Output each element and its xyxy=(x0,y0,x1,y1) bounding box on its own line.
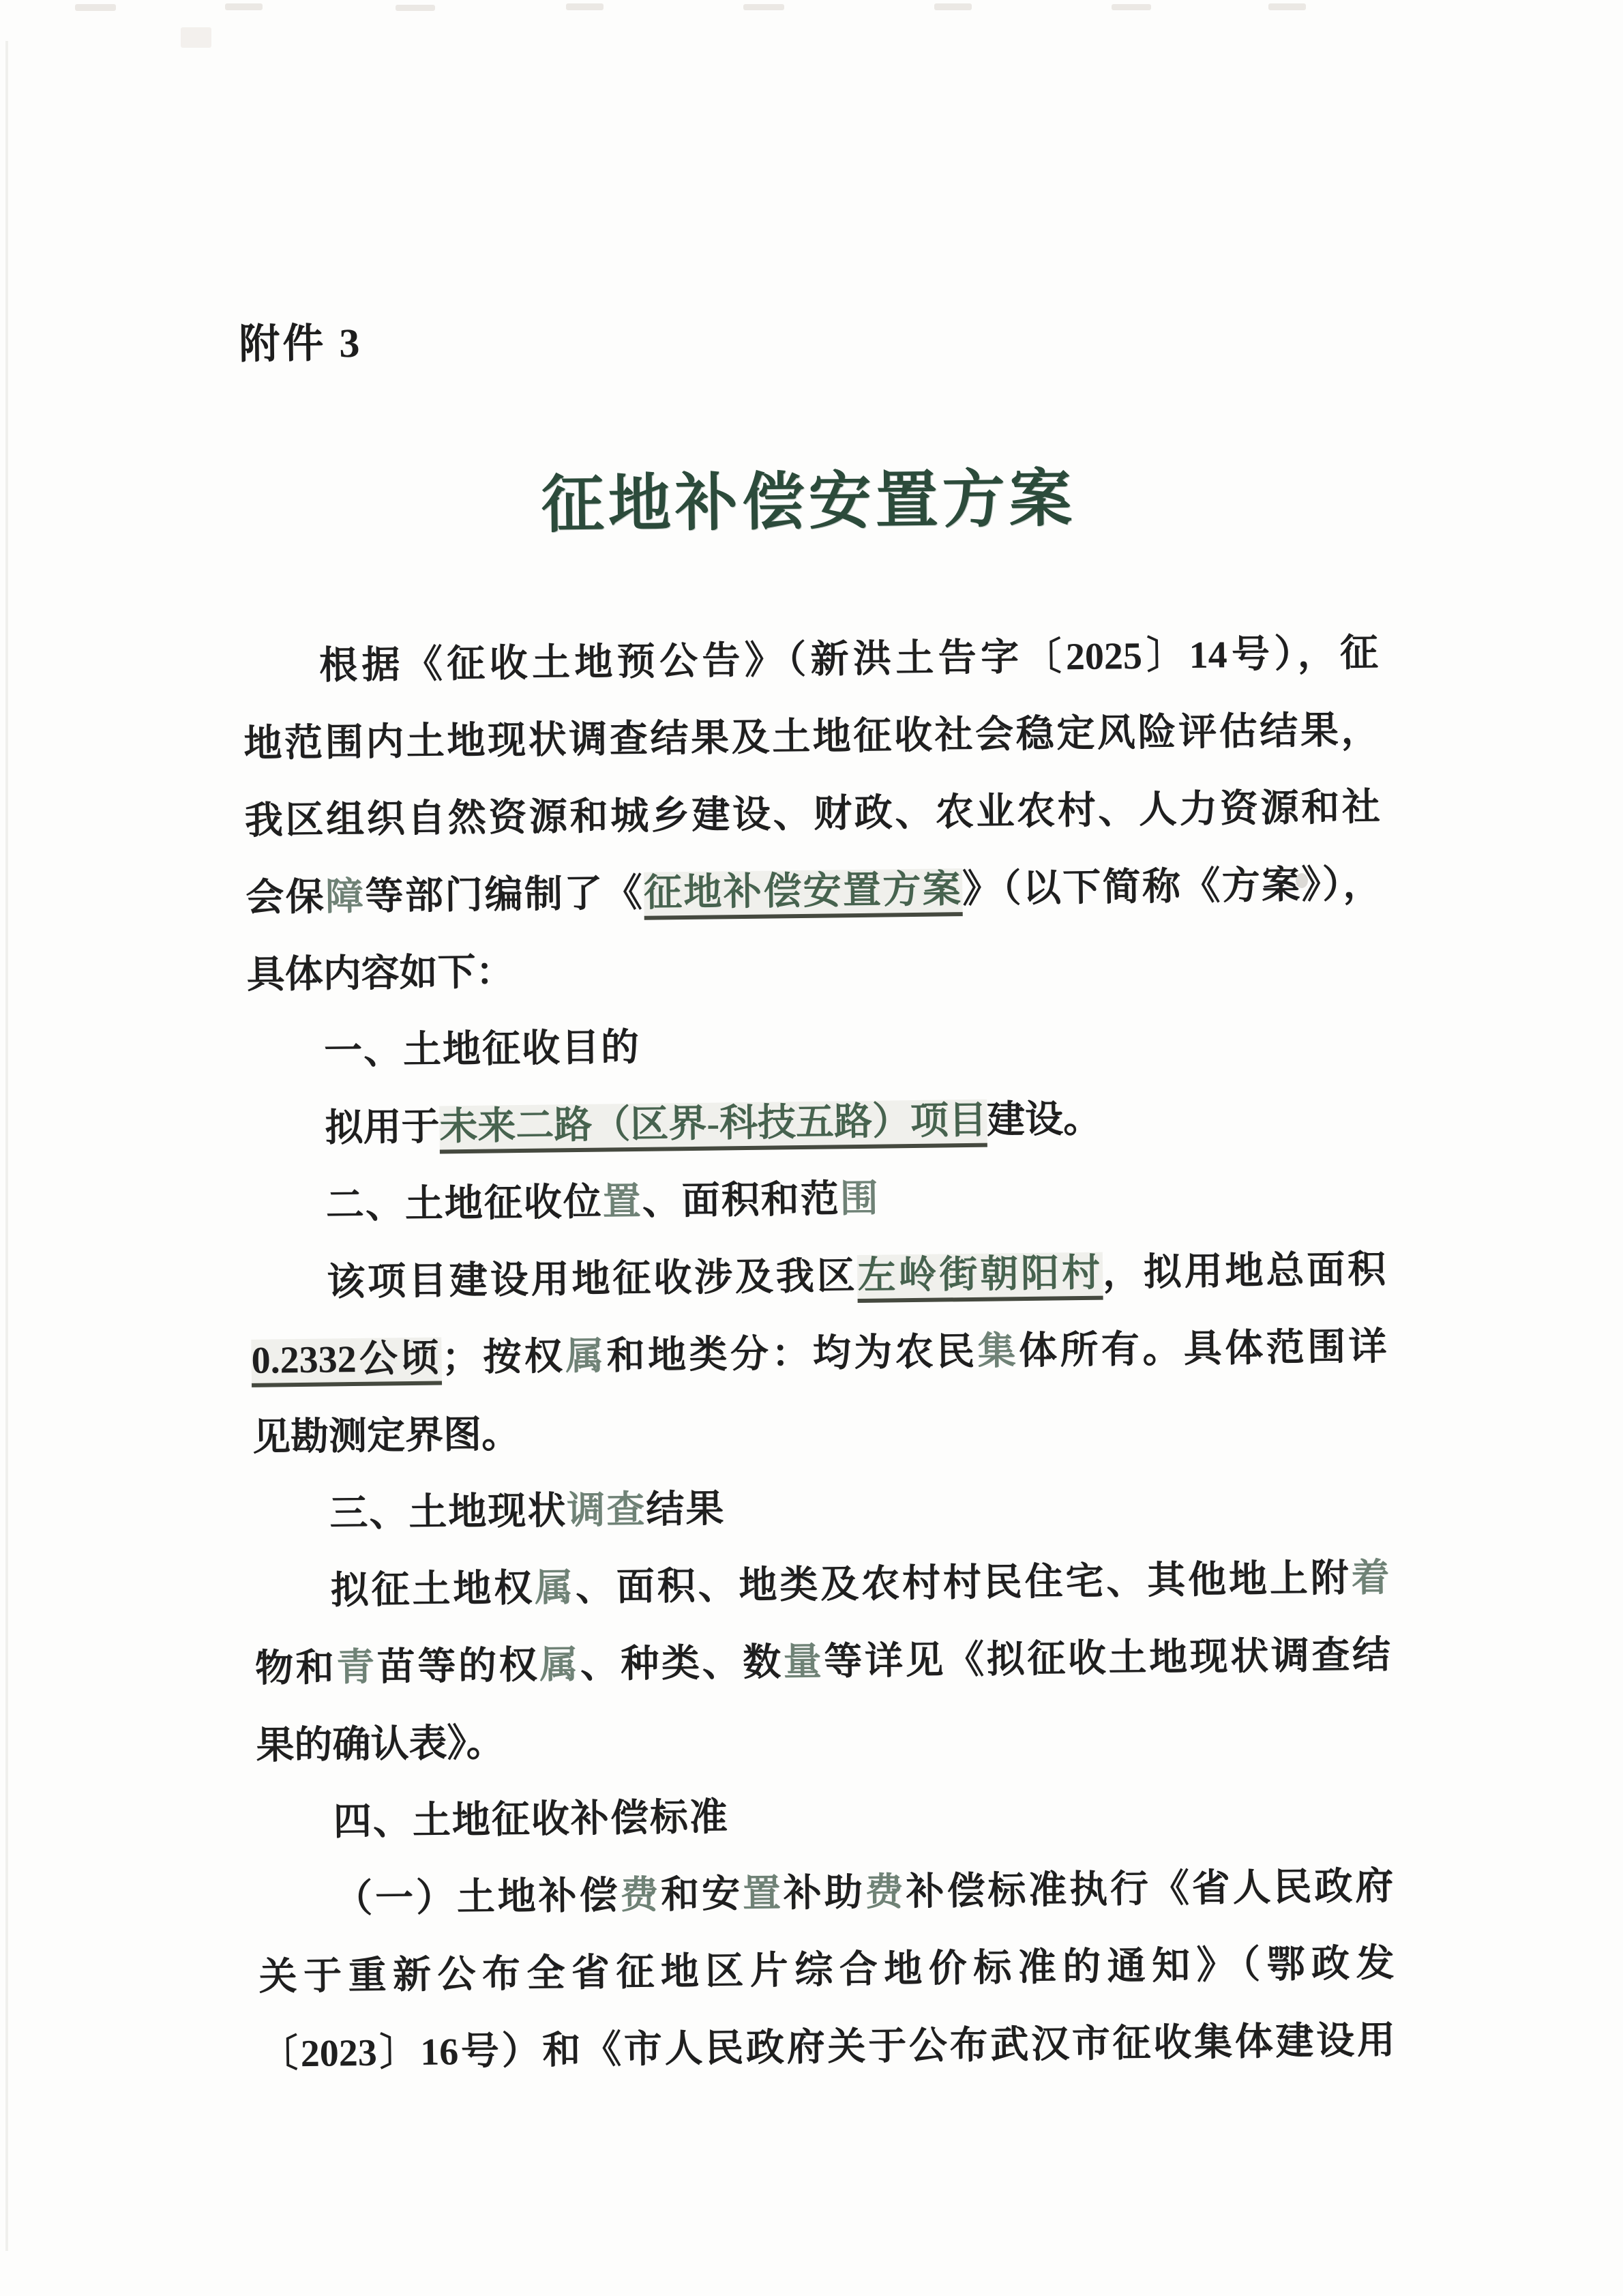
scan-artifact xyxy=(75,4,116,11)
text-segment: 和安 xyxy=(661,1873,743,1916)
document-content: 附件 3 征地补偿安置方案 根据《征收土地预公告》（新洪土告字〔2025〕14号… xyxy=(239,307,1396,2093)
text-segment: 调查 xyxy=(567,1489,646,1532)
text-segment: 二、土地征收位 xyxy=(325,1181,603,1227)
text-segment: 属 xyxy=(539,1644,580,1687)
text-segment: 关于重新公布全省征地区片综合地价标准的通知》（鄂政发 xyxy=(258,1942,1395,1998)
text-line: 关于重新公布全省征地区片综合地价标准的通知》（鄂政发 xyxy=(258,1925,1395,2016)
text-line: 0.2332公顷；按权属和地类分：均为农民集体所有。具体范围详 xyxy=(251,1309,1387,1400)
section-heading: 一、土地征收目的 xyxy=(247,1001,1383,1091)
text-segment: 置 xyxy=(602,1181,642,1224)
document-body: 根据《征收土地预公告》（新洪土告字〔2025〕14号），征地范围内土地现状调查结… xyxy=(243,615,1396,2093)
text-segment: 会保 xyxy=(245,877,326,919)
underlined-text: 0.2332公顷 xyxy=(251,1337,442,1387)
text-line: 〔2023〕16号）和《市人民政府关于公布武汉市征收集体建设用 xyxy=(259,2002,1395,2093)
text-segment: 四、土地征收补偿标准 xyxy=(333,1796,730,1843)
underlined-text: 左岭街朝阳村 xyxy=(857,1252,1103,1303)
text-line: 物和青苗等的权属、种类、数量等详见《拟征收土地现状调查结 xyxy=(254,1617,1390,1708)
text-segment: 该项目建设用地征收涉及我区 xyxy=(327,1255,858,1304)
scan-artifact xyxy=(181,27,211,48)
scan-artifact xyxy=(934,3,972,10)
text-segment: 建设。 xyxy=(987,1098,1102,1142)
text-line: 会保障等部门编制了《征地补偿安置方案》（以下简称《方案》）， xyxy=(245,847,1382,937)
text-segment: 》（以下简称《方案》）， xyxy=(962,864,1382,911)
text-segment: 量 xyxy=(783,1641,824,1684)
scan-artifact xyxy=(1112,4,1151,10)
scan-artifact xyxy=(396,5,435,11)
text-segment: 、面积和范 xyxy=(642,1178,840,1223)
text-segment: 三、土地现状 xyxy=(329,1490,567,1535)
scanned-document-page: 附件 3 征地补偿安置方案 根据《征收土地预公告》（新洪土告字〔2025〕14号… xyxy=(0,0,1623,2296)
text-segment: 等部门编制了《 xyxy=(365,872,644,918)
scan-artifact xyxy=(225,3,263,10)
text-segment: 置 xyxy=(743,1872,784,1915)
text-segment: 见勘测定界图。 xyxy=(252,1413,520,1459)
underlined-text: 征地补偿安置方案 xyxy=(644,868,963,920)
scan-artifact xyxy=(566,3,604,10)
text-segment: 地范围内土地现状调查结果及土地征收社会稳定风险评估结果， xyxy=(243,709,1380,765)
text-line: （一）土地补偿费和安置补助费补偿标准执行《省人民政府 xyxy=(258,1848,1394,1939)
text-segment: 果的确认表》。 xyxy=(256,1722,505,1767)
section-heading: 三、土地现状调查结果 xyxy=(253,1463,1389,1554)
text-segment: 物和 xyxy=(255,1647,337,1690)
text-line: 拟用于未来二路（区界-科技五路）项目建设。 xyxy=(248,1078,1384,1168)
text-segment: 费 xyxy=(620,1874,661,1917)
text-line: 见勘测定界图。 xyxy=(252,1386,1388,1477)
text-segment: ；按权 xyxy=(442,1336,566,1379)
text-segment: 属 xyxy=(535,1567,576,1610)
text-segment: 一、土地征收目的 xyxy=(324,1027,641,1073)
text-line: 我区组织自然资源和城乡建设、财政、农业农村、人力资源和社 xyxy=(244,769,1380,860)
text-segment: 、种类、数 xyxy=(580,1641,784,1686)
text-segment: 着 xyxy=(1351,1557,1390,1600)
text-segment: ，拟用地总面积 xyxy=(1103,1249,1386,1295)
text-segment: 围 xyxy=(839,1178,880,1221)
text-line: 根据《征收土地预公告》（新洪土告字〔2025〕14号），征 xyxy=(243,615,1379,706)
text-segment: 拟征土地权 xyxy=(330,1568,535,1613)
text-segment: （一）土地补偿 xyxy=(334,1874,621,1920)
attachment-label: 附件 3 xyxy=(239,307,1375,368)
text-segment: 青 xyxy=(336,1647,377,1690)
scan-edge-artifact xyxy=(5,41,8,2251)
text-segment: 和地类分：均为农民 xyxy=(606,1331,978,1378)
text-segment: 、面积、地类及农村村民住宅、其他地上附 xyxy=(576,1557,1352,1609)
text-segment: 补偿标准执行《省人民政府 xyxy=(906,1865,1393,1913)
section-heading: 二、土地征收位置、面积和范围 xyxy=(249,1155,1385,1246)
scan-artifact xyxy=(743,4,784,10)
section-heading: 四、土地征收补偿标准 xyxy=(256,1771,1393,1861)
text-line: 果的确认表》。 xyxy=(256,1694,1392,1785)
text-segment: 我区组织自然资源和城乡建设、财政、农业农村、人力资源和社 xyxy=(245,786,1381,842)
document-title: 征地补偿安置方案 xyxy=(241,456,1377,548)
text-segment: 拟用于 xyxy=(325,1106,440,1149)
text-segment: 障 xyxy=(325,876,366,919)
text-segment: 费 xyxy=(865,1871,906,1914)
text-segment: 体所有。具体范围详 xyxy=(1019,1326,1387,1373)
text-line: 具体内容如下： xyxy=(246,924,1382,1014)
text-segment: 具体内容如下： xyxy=(246,951,514,997)
underlined-text: 未来二路（区界-科技五路）项目 xyxy=(439,1100,987,1154)
text-line: 拟征土地权属、面积、地类及农村村民住宅、其他地上附着 xyxy=(254,1540,1390,1631)
text-segment: 苗等的权 xyxy=(377,1645,540,1689)
text-segment: 结果 xyxy=(646,1488,726,1531)
text-segment: 属 xyxy=(565,1336,607,1379)
text-segment: 根据《征收土地预公告》（新洪土告字〔2025〕14号），征 xyxy=(319,632,1379,688)
text-line: 地范围内土地现状调查结果及土地征收社会稳定风险评估结果， xyxy=(243,692,1380,783)
text-segment: 集 xyxy=(977,1330,1019,1373)
text-segment: 〔2023〕16号）和《市人民政府关于公布武汉市征收集体建设用 xyxy=(260,2019,1396,2075)
text-line: 该项目建设用地征收涉及我区左岭街朝阳村，拟用地总面积 xyxy=(250,1232,1386,1323)
text-segment: 等详见《拟征收土地现状调查结 xyxy=(824,1634,1390,1683)
scan-artifact xyxy=(1268,3,1306,10)
text-segment: 补助 xyxy=(784,1872,866,1915)
